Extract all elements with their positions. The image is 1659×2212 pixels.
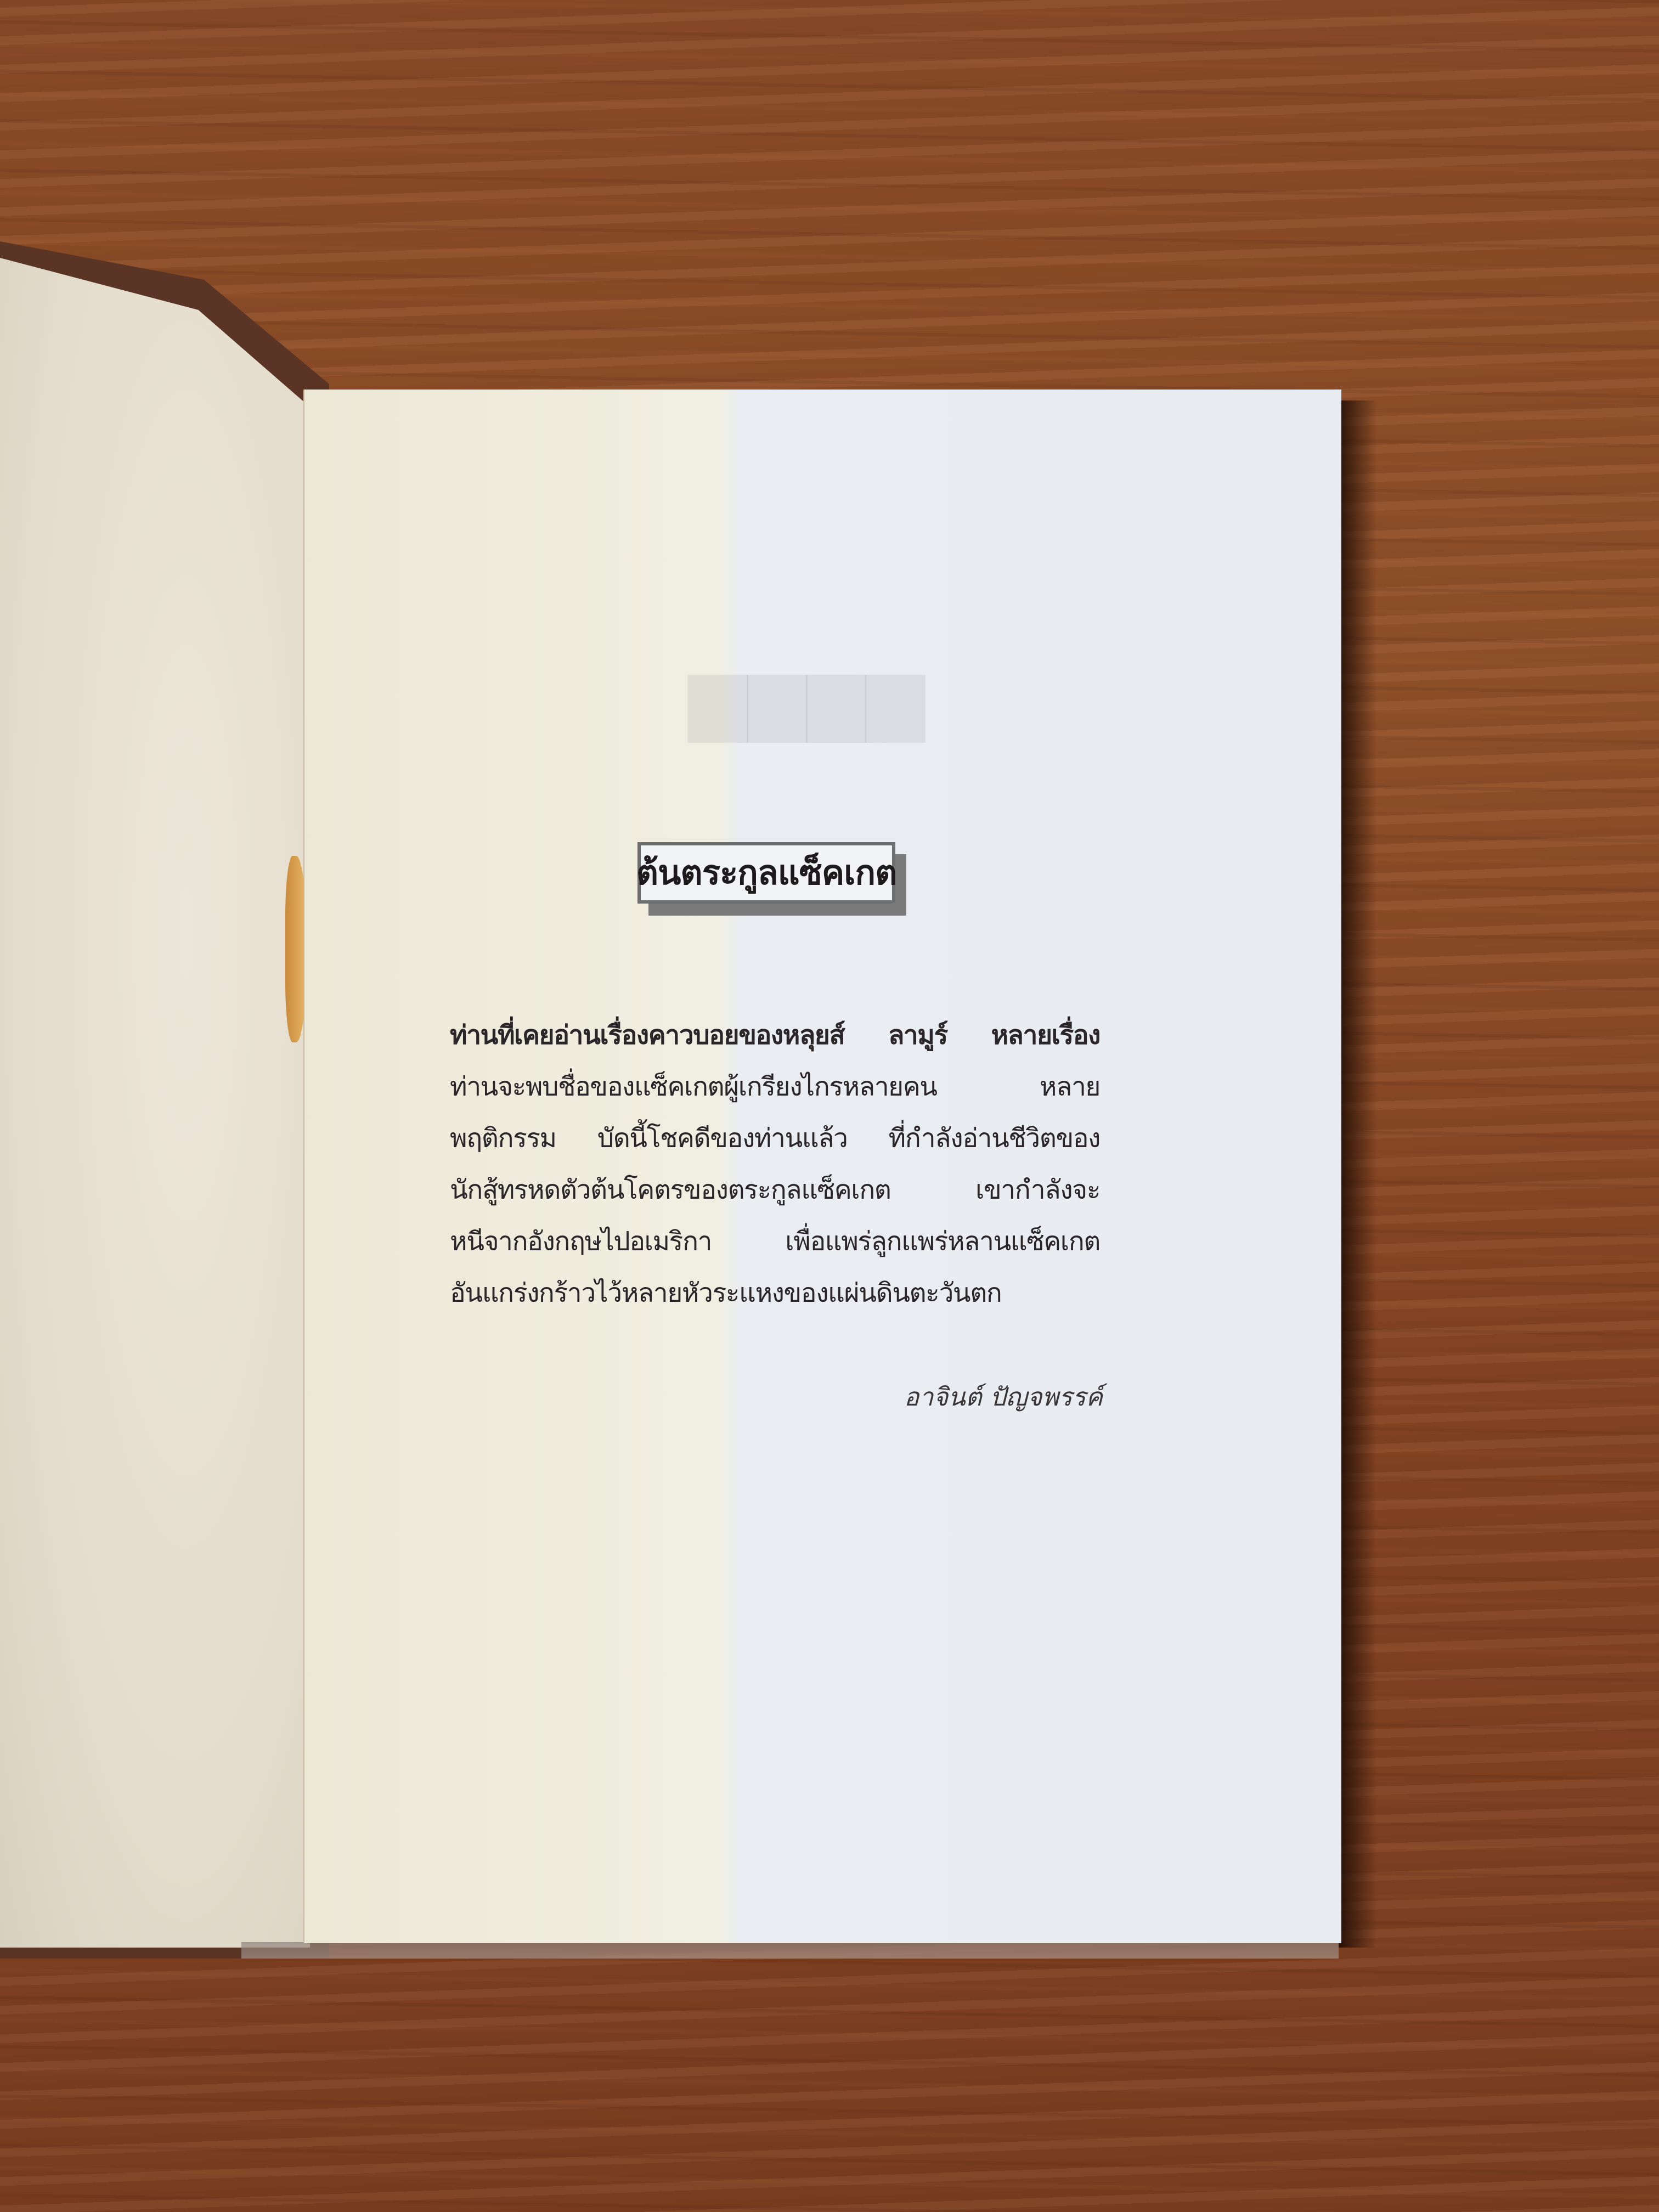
paragraph-line: หนีจากอังกฤษไปอเมริกา เพื่อแพร่ลูกแพร่หล… (450, 1216, 1100, 1267)
paragraph-line: ท่านที่เคยอ่านเรื่องคาวบอยของหลุยส์ ลามู… (450, 1009, 1100, 1061)
page-edge-stain (285, 856, 307, 1042)
author-signature: อาจินต์ ปัญจพรรค์ (867, 1377, 1103, 1417)
chapter-title-box: ต้นตระกูลแซ็คเกต (637, 842, 895, 904)
left-page (0, 258, 310, 1948)
show-through-text: ▆▆▆▆ (689, 653, 925, 742)
paragraph-line: นักสู้ทรหดตัวต้นโคตรของตระกูลแซ็คเกต เขา… (450, 1164, 1100, 1216)
chapter-title: ต้นตระกูลแซ็คเกต (636, 846, 897, 900)
paragraph-line: อันแกร่งกร้าวไว้หลายหัวระแหงของแผ่นดินตะ… (450, 1267, 1100, 1319)
book-bottom-edge (241, 1942, 1339, 1959)
intro-paragraph: ท่านที่เคยอ่านเรื่องคาวบอยของหลุยส์ ลามู… (450, 1009, 1100, 1319)
page-shadow (1339, 400, 1377, 1948)
paragraph-line: พฤติกรรม บัดนี้โชคดีของท่านแล้ว ที่กำลัง… (450, 1113, 1100, 1164)
paragraph-line: ท่านจะพบชื่อของแซ็คเกตผู้เกรียงไกรหลายคน… (450, 1061, 1100, 1113)
